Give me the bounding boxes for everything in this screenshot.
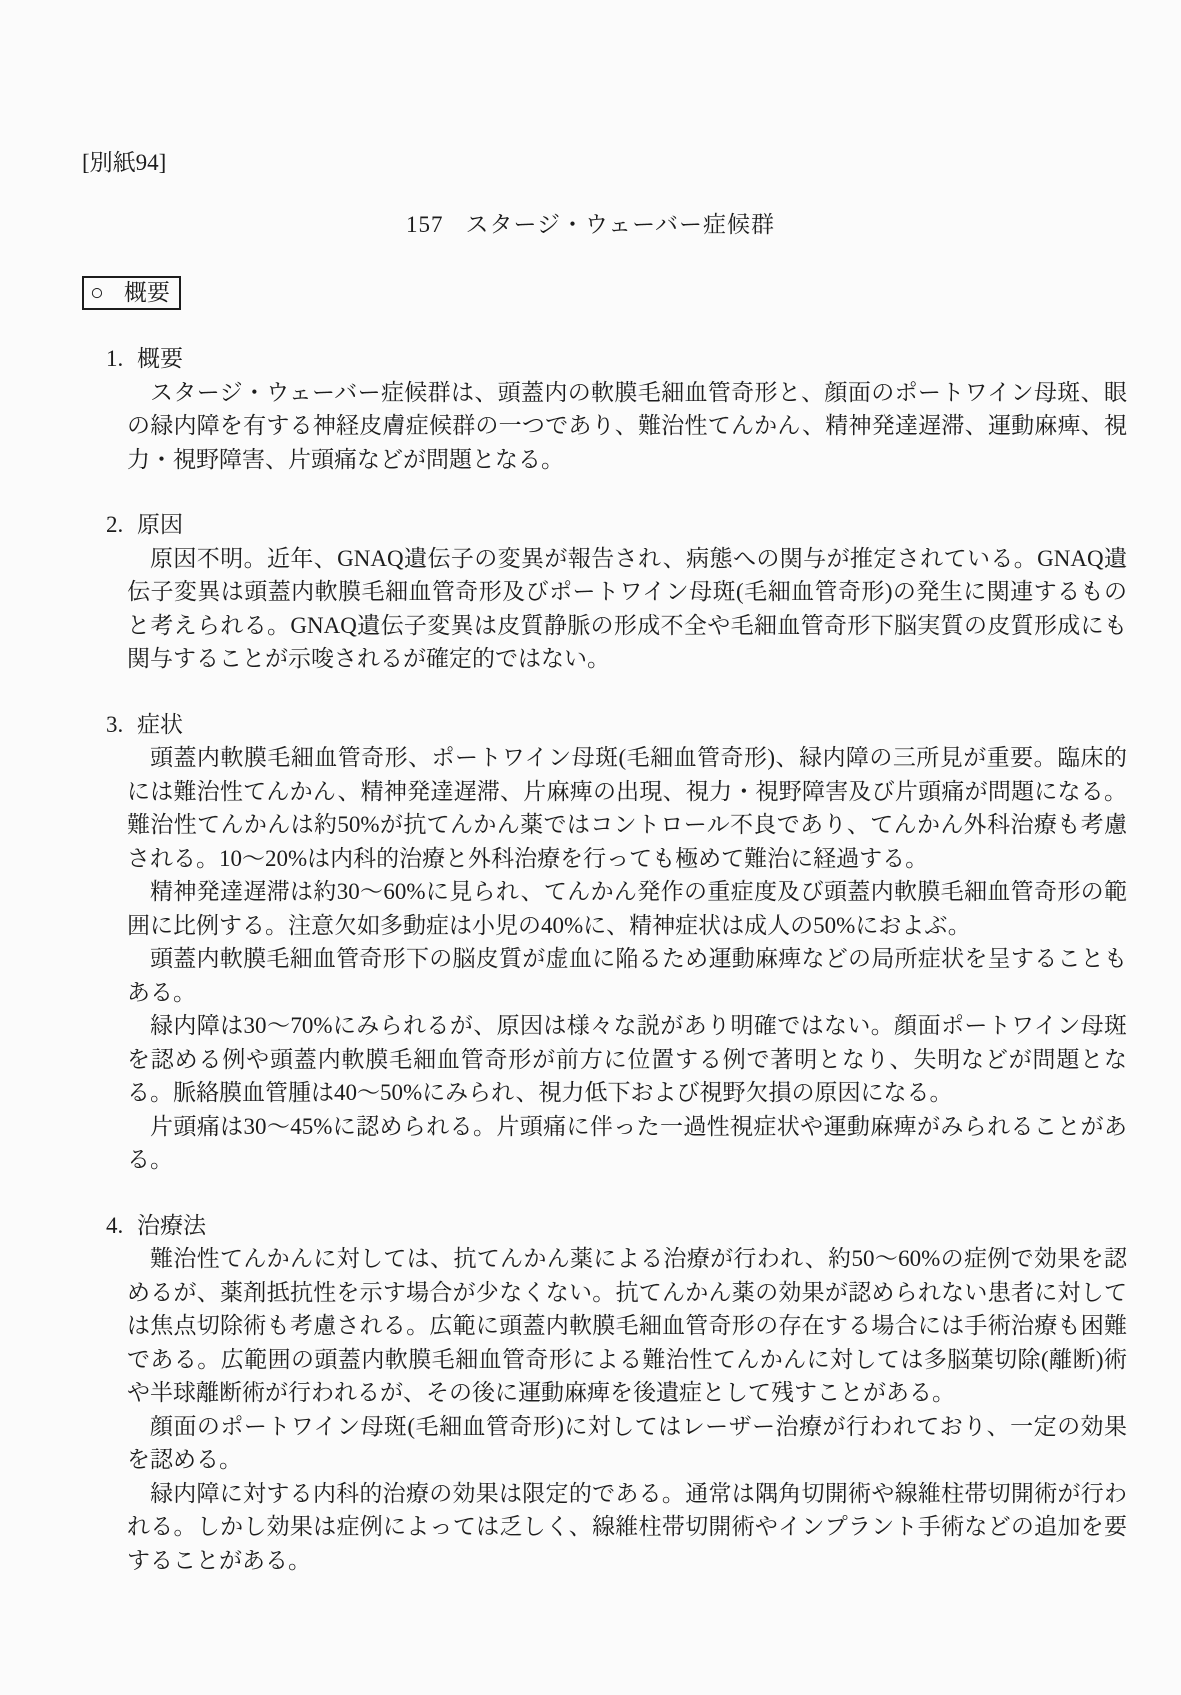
overview-box-label: 概要 xyxy=(124,280,170,305)
document-title-number: 157 xyxy=(406,212,444,237)
section-heading: 4.治療法 xyxy=(106,1209,1181,1243)
section-symptoms: 3.症状 頭蓋内軟膜毛細血管奇形、ポートワイン母斑(毛細血管奇形)、緑内障の三所… xyxy=(0,708,1181,1177)
overview-box-row: ○概要 xyxy=(82,276,1181,310)
overview-box: ○概要 xyxy=(82,276,181,310)
paragraph: 顔面のポートワイン母斑(毛細血管奇形)に対してはレーザー治療が行われており、一定… xyxy=(127,1410,1127,1477)
paragraph: 精神発達遅滞は約30〜60%に見られ、てんかん発作の重症度及び頭蓋内軟膜毛細血管… xyxy=(127,875,1127,942)
section-title: 概要 xyxy=(137,346,183,371)
circle-marker-icon: ○ xyxy=(90,279,104,306)
paragraph: 難治性てんかんに対しては、抗てんかん薬による治療が行われ、約50〜60%の症例で… xyxy=(127,1242,1127,1410)
section-title: 原因 xyxy=(137,512,183,537)
document-title: 157スタージ・ウェーバー症候群 xyxy=(0,208,1181,242)
section-treatment: 4.治療法 難治性てんかんに対しては、抗てんかん薬による治療が行われ、約50〜6… xyxy=(0,1209,1181,1578)
section-number: 1. xyxy=(106,342,137,376)
paragraph: 頭蓋内軟膜毛細血管奇形、ポートワイン母斑(毛細血管奇形)、緑内障の三所見が重要。… xyxy=(127,741,1127,875)
section-title: 治療法 xyxy=(137,1213,206,1238)
paragraph: 緑内障に対する内科的治療の効果は限定的である。通常は隅角切開術や線維柱帯切開術が… xyxy=(127,1477,1127,1578)
paragraph: スタージ・ウェーバー症候群は、頭蓋内の軟膜毛細血管奇形と、顔面のポートワイン母斑… xyxy=(127,376,1127,477)
section-number: 4. xyxy=(106,1209,137,1243)
paragraph: 片頭痛は30〜45%に認められる。片頭痛に伴った一過性視症状や運動麻痺がみられる… xyxy=(127,1110,1127,1177)
document-title-text: スタージ・ウェーバー症候群 xyxy=(466,212,775,237)
section-number: 3. xyxy=(106,708,137,742)
paragraph: 緑内障は30〜70%にみられるが、原因は様々な説があり明確ではない。顔面ポートワ… xyxy=(127,1009,1127,1110)
section-heading: 3.症状 xyxy=(106,708,1181,742)
paragraph: 原因不明。近年、GNAQ遺伝子の変異が報告され、病態への関与が推定されている。G… xyxy=(127,542,1127,676)
section-cause: 2.原因 原因不明。近年、GNAQ遺伝子の変異が報告され、病態への関与が推定され… xyxy=(0,508,1181,676)
paragraph: 頭蓋内軟膜毛細血管奇形下の脳皮質が虚血に陥るため運動麻痺などの局所症状を呈するこ… xyxy=(127,942,1127,1009)
section-overview: 1.概要 スタージ・ウェーバー症候群は、頭蓋内の軟膜毛細血管奇形と、顔面のポート… xyxy=(0,342,1181,476)
attachment-label: [別紙94] xyxy=(82,0,1181,180)
section-title: 症状 xyxy=(137,712,183,737)
section-number: 2. xyxy=(106,508,137,542)
section-heading: 1.概要 xyxy=(106,342,1181,376)
section-heading: 2.原因 xyxy=(106,508,1181,542)
document-page: [別紙94] 157スタージ・ウェーバー症候群 ○概要 1.概要 スタージ・ウェ… xyxy=(0,0,1181,1695)
